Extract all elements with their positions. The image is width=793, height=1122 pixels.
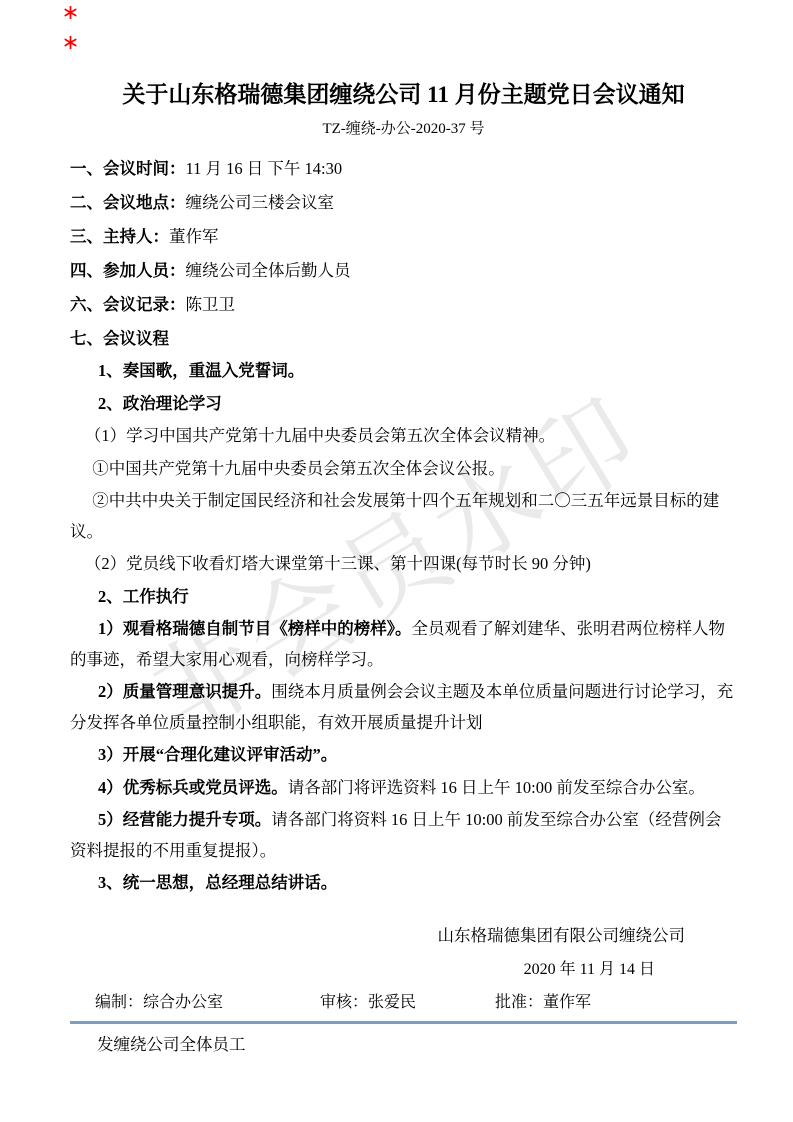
agenda-item: 1、奏国歌，重温入党誓词。 <box>70 356 737 387</box>
agenda-item-lead: 2、政治理论学习 <box>98 394 222 413</box>
agenda-item-lead: 1、奏国歌，重温入党誓词。 <box>98 361 304 380</box>
agenda-section: 1、奏国歌，重温入党誓词。 2、政治理论学习 （1）学习中国共产党第十九届中央委… <box>70 356 737 899</box>
meta-value: 11 月 16 日 下午 14:30 <box>186 159 343 178</box>
document-content: 关于山东格瑞德集团缠绕公司 11 月份主题党日会议通知 TZ-缠绕-办公-202… <box>70 0 737 1058</box>
meta-row-host: 三、主持人：董作军 <box>70 220 737 254</box>
meta-row-place: 二、会议地点：缠绕公司三楼会议室 <box>70 186 737 220</box>
meta-label: 七、会议议程 <box>70 329 169 348</box>
agenda-item: （2）党员线下收看灯塔大课堂第十三课、第十四课(每节时长 90 分钟) <box>70 549 737 580</box>
meta-row-time: 一、会议时间：11 月 16 日 下午 14:30 <box>70 152 737 186</box>
agenda-item: 5）经营能力提升专项。请各部门将资料 16 日上午 10:00 前发至综合办公室… <box>70 805 737 866</box>
meta-section: 一、会议时间：11 月 16 日 下午 14:30 二、会议地点：缠绕公司三楼会… <box>70 152 737 356</box>
meta-row-attendees: 四、参加人员：缠绕公司全体后勤人员 <box>70 254 737 288</box>
agenda-item: 2、工作执行 <box>70 582 737 613</box>
agenda-item: ①中国共产党第十九届中央委员会第五次全体会议公报。 <box>70 454 737 485</box>
signature-date: 2020 年 11 月 14 日 <box>70 957 737 983</box>
meta-row-recorder: 六、会议记录：陈卫卫 <box>70 288 737 322</box>
meta-row-agenda-heading: 七、会议议程 <box>70 322 737 356</box>
agenda-item: ②中共中央关于制定国民经济和社会发展第十四个五年规划和二〇三五年远景目标的建议。 <box>70 486 737 547</box>
footer-divider-line <box>70 1021 737 1024</box>
meta-value: 缠绕公司全体后勤人员 <box>186 261 351 280</box>
agenda-item-lead: 3）开展“合理化建议评审活动”。 <box>98 745 337 764</box>
signature-company: 山东格瑞德集团有限公司缠绕公司 <box>70 923 737 949</box>
meta-value: 缠绕公司三楼会议室 <box>186 193 335 212</box>
agenda-item: 4）优秀标兵或党员评选。请各部门将评选资料 16 日上午 10:00 前发至综合… <box>70 773 737 804</box>
meta-label: 二、会议地点： <box>70 193 186 212</box>
document-page: 非会员水印 关于山东格瑞德集团缠绕公司 11 月份主题党日会议通知 TZ-缠绕-… <box>0 0 793 1122</box>
meta-value: 陈卫卫 <box>186 295 236 314</box>
meta-label: 一、会议时间： <box>70 159 186 178</box>
agenda-item-lead: 2）质量管理意识提升。 <box>98 682 271 701</box>
approval-reviewed: 审核：张爱民 <box>320 990 495 1016</box>
meta-value: 董作军 <box>169 227 219 246</box>
agenda-item: 2）质量管理意识提升。围绕本月质量例会会议主题及本单位质量问题进行讨论学习，充分… <box>70 677 737 738</box>
distribution-note: 发缠绕公司全体员工 <box>70 1032 737 1058</box>
agenda-item-lead: 1）观看格瑞德自制节目《榜样中的榜样》。 <box>98 619 412 638</box>
agenda-item: 2、政治理论学习 <box>70 389 737 420</box>
approval-row: 编制：综合办公室 审核：张爱民 批准：董作军 <box>70 990 737 1016</box>
agenda-item-lead: 5）经营能力提升专项。 <box>98 810 271 829</box>
agenda-item-lead: 4）优秀标兵或党员评选。 <box>98 778 288 797</box>
approval-approved: 批准：董作军 <box>495 990 737 1016</box>
doc-number: TZ-缠绕-办公-2020-37 号 <box>70 118 737 140</box>
meta-label: 四、参加人员： <box>70 261 186 280</box>
agenda-item-lead: 3、统一思想，总经理总结讲话。 <box>98 873 337 892</box>
agenda-item: 1）观看格瑞德自制节目《榜样中的榜样》。全员观看了解刘建华、张明君两位榜样人物的… <box>70 614 737 675</box>
agenda-item: 3）开展“合理化建议评审活动”。 <box>70 740 737 771</box>
agenda-item: （1）学习中国共产党第十九届中央委员会第五次全体会议精神。 <box>70 421 737 452</box>
page-title: 关于山东格瑞德集团缠绕公司 11 月份主题党日会议通知 <box>70 80 737 110</box>
agenda-item: 3、统一思想，总经理总结讲话。 <box>70 868 737 899</box>
meta-label: 六、会议记录： <box>70 295 186 314</box>
approval-prepared: 编制：综合办公室 <box>95 990 320 1016</box>
agenda-item-lead: 2、工作执行 <box>98 587 189 606</box>
meta-label: 三、主持人： <box>70 227 169 246</box>
